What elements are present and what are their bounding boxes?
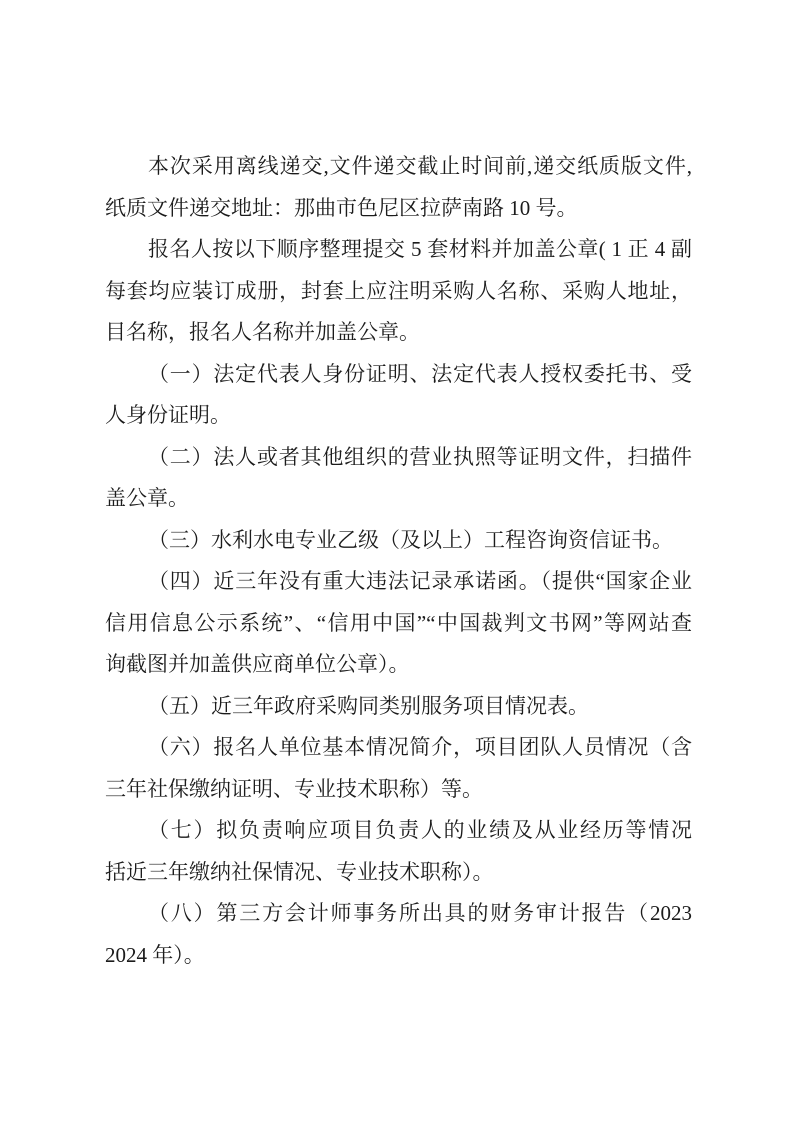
- document-page: 本次采用离线递交,文件递交截止时间前,递交纸质版文件, 纸质文件递交地址：那曲市…: [0, 0, 793, 1122]
- paragraph-item-2: （二）法人或者其他组织的营业执照等证明文件，扫描件加 盖公章。: [105, 437, 692, 520]
- paragraph-submission-address: 本次采用离线递交,文件递交截止时间前,递交纸质版文件, 纸质文件递交地址：那曲市…: [105, 146, 692, 229]
- paragraph-2-line-3: 目名称，报名人名称并加盖公章。: [105, 312, 692, 354]
- paragraph-binding-requirements: 报名人按以下顺序整理提交 5 套材料并加盖公章( 1 正 4 副 ), 每套均应…: [105, 229, 692, 354]
- paragraph-6-line-2: 信用信息公示系统”、“信用中国”“中国裁判文书网”等网站查: [105, 603, 692, 645]
- paragraph-10-line-2: 2024 年）。: [105, 935, 692, 977]
- paragraph-1-line-2: 纸质文件递交地址：那曲市色尼区拉萨南路 10 号。: [105, 188, 692, 230]
- paragraph-10-line-1: （八）第三方会计师事务所出具的财务审计报告（2023 年，: [105, 893, 692, 935]
- paragraph-9-line-1: （七）拟负责响应项目负责人的业绩及从业经历等情况（包: [105, 810, 692, 852]
- paragraph-6-line-3: 询截图并加盖供应商单位公章）。: [105, 644, 692, 686]
- paragraph-8-line-1: （六）报名人单位基本情况简介，项目团队人员情况（含近: [105, 727, 692, 769]
- paragraph-8-line-2: 三年社保缴纳证明、专业技术职称）等。: [105, 769, 692, 811]
- paragraph-2-line-1: 报名人按以下顺序整理提交 5 套材料并加盖公章( 1 正 4 副 ),: [105, 229, 692, 271]
- paragraph-item-7: （七）拟负责响应项目负责人的业绩及从业经历等情况（包 括近三年缴纳社保情况、专业…: [105, 810, 692, 893]
- paragraph-item-6: （六）报名人单位基本情况简介，项目团队人员情况（含近 三年社保缴纳证明、专业技术…: [105, 727, 692, 810]
- paragraph-2-line-2: 每套均应装订成册，封套上应注明采购人名称、采购人地址，项: [105, 271, 692, 313]
- paragraph-1-line-1: 本次采用离线递交,文件递交截止时间前,递交纸质版文件,: [105, 146, 692, 188]
- paragraph-item-1: （一）法定代表人身份证明、法定代表人授权委托书、受托 人身份证明。: [105, 354, 692, 437]
- paragraph-item-5: （五）近三年政府采购同类别服务项目情况表。: [105, 686, 692, 728]
- paragraph-9-line-2: 括近三年缴纳社保情况、专业技术职称）。: [105, 852, 692, 894]
- paragraph-6-line-1: （四）近三年没有重大违法记录承诺函。（提供“国家企业: [105, 561, 692, 603]
- paragraph-3-line-1: （一）法定代表人身份证明、法定代表人授权委托书、受托: [105, 354, 692, 396]
- paragraph-item-4: （四）近三年没有重大违法记录承诺函。（提供“国家企业 信用信息公示系统”、“信用…: [105, 561, 692, 686]
- page-content: 本次采用离线递交,文件递交截止时间前,递交纸质版文件, 纸质文件递交地址：那曲市…: [105, 146, 692, 976]
- paragraph-4-line-1: （二）法人或者其他组织的营业执照等证明文件，扫描件加: [105, 437, 692, 479]
- paragraph-5-line-1: （三）水利水电专业乙级（及以上）工程咨询资信证书。: [105, 520, 692, 562]
- paragraph-4-line-2: 盖公章。: [105, 478, 692, 520]
- paragraph-3-line-2: 人身份证明。: [105, 395, 692, 437]
- paragraph-7-line-1: （五）近三年政府采购同类别服务项目情况表。: [105, 686, 692, 728]
- paragraph-item-3: （三）水利水电专业乙级（及以上）工程咨询资信证书。: [105, 520, 692, 562]
- paragraph-item-8: （八）第三方会计师事务所出具的财务审计报告（2023 年， 2024 年）。: [105, 893, 692, 976]
